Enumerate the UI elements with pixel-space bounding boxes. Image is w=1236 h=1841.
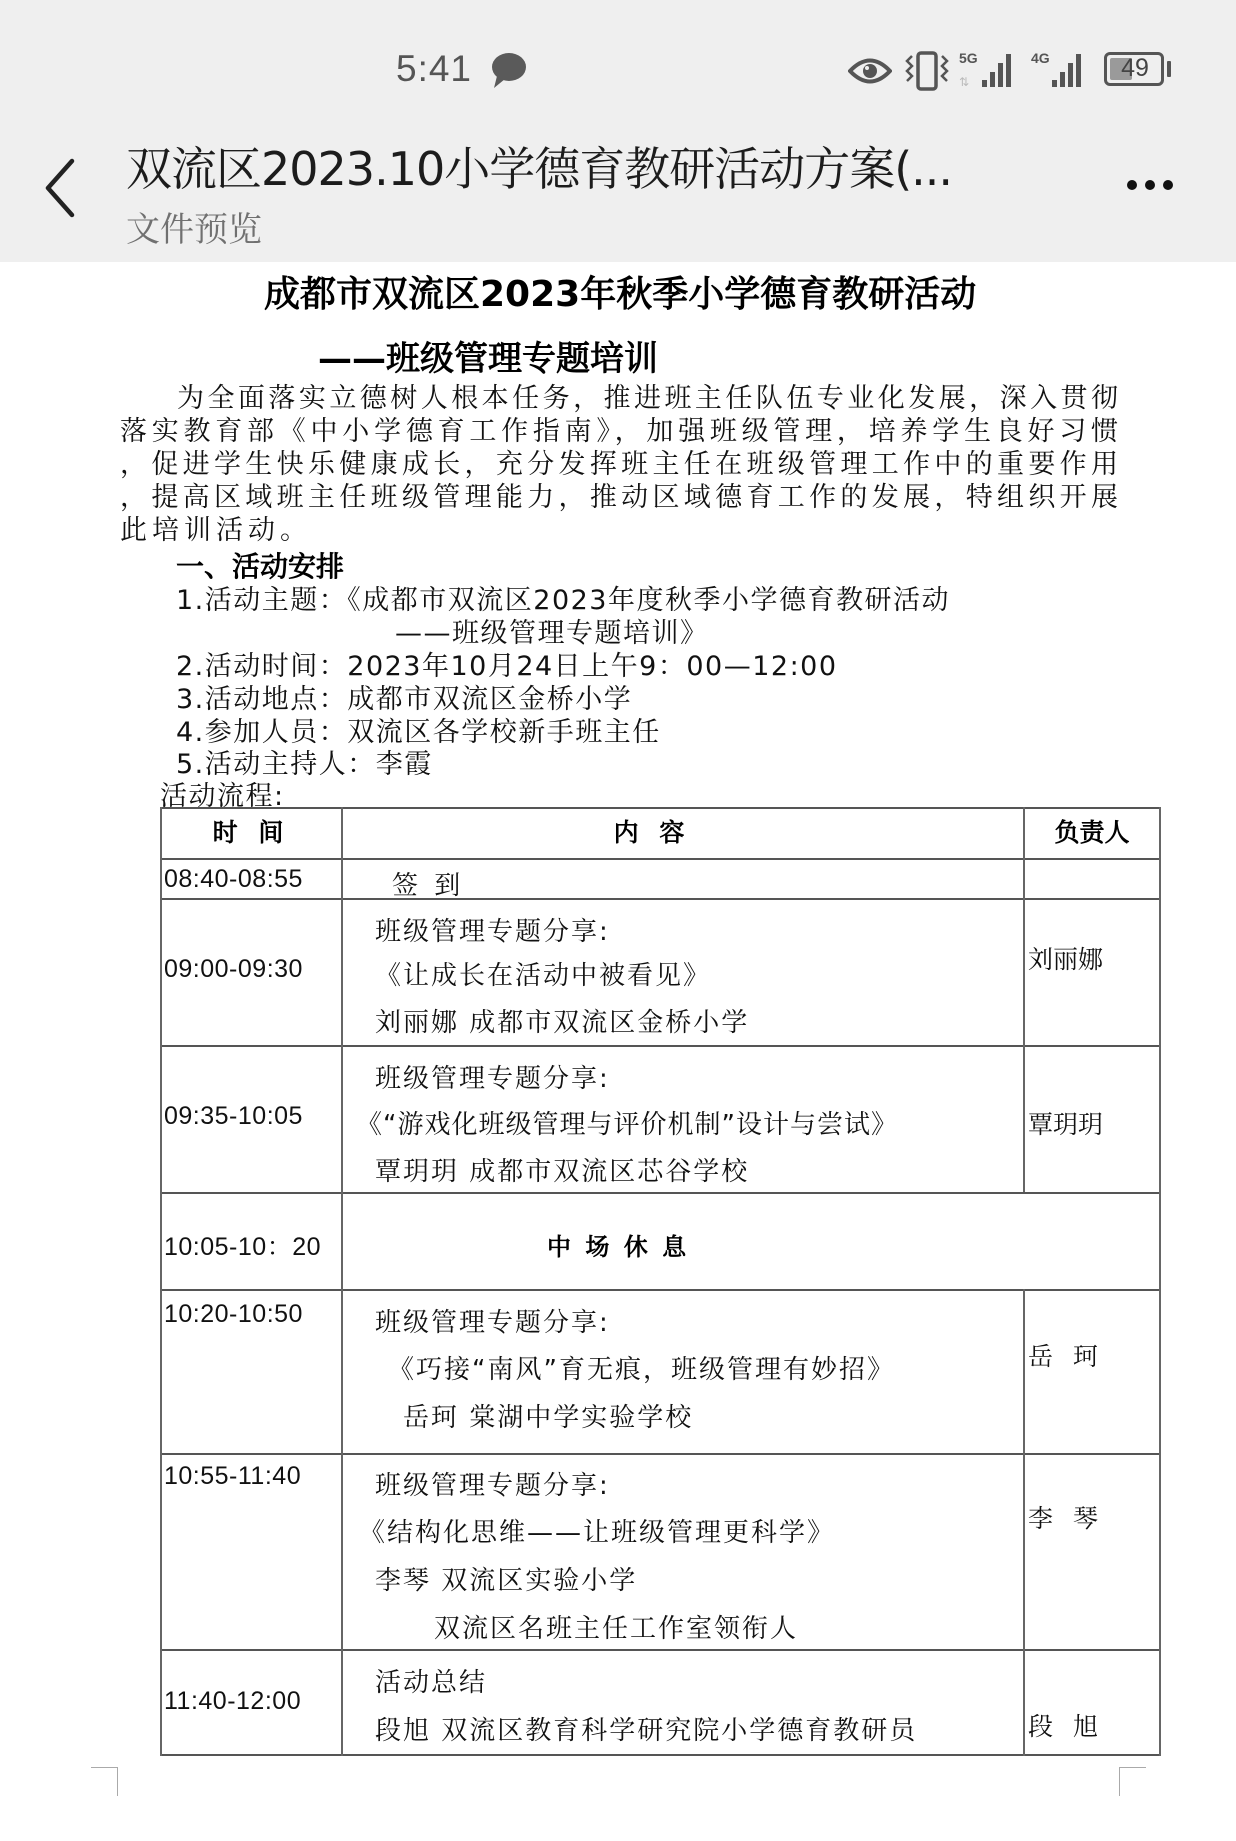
svg-text:⇅: ⇅ bbox=[959, 75, 969, 89]
row-content: 班级管理专题分享: bbox=[375, 1465, 610, 1502]
header-time: 时 间 bbox=[160, 813, 342, 849]
row-content: 《让成长在活动中被看见》 bbox=[375, 955, 711, 992]
row-content: 刘丽娜 成都市双流区金桥小学 bbox=[375, 1002, 749, 1039]
row-owner: 刘丽娜 bbox=[1028, 940, 1103, 976]
header-owner: 负责人 bbox=[1024, 813, 1160, 849]
chat-bubble-icon bbox=[488, 50, 528, 90]
more-options-button[interactable] bbox=[1120, 170, 1180, 200]
row-time: 08:40-08:55 bbox=[164, 865, 303, 894]
status-time: 5:41 bbox=[396, 48, 472, 90]
row-content: 班级管理专题分享: bbox=[375, 1302, 610, 1339]
intro-line: ，促进学生快乐健康成长，充分发挥班主任在班级管理工作中的重要作用 bbox=[120, 448, 1118, 481]
row-time: 09:35-10:05 bbox=[164, 1102, 303, 1131]
row-time: 10:05-10：20 bbox=[164, 1227, 321, 1263]
row-owner: 段 旭 bbox=[1028, 1707, 1104, 1743]
vibrate-icon bbox=[904, 50, 950, 92]
row-content: 班级管理专题分享: bbox=[375, 1058, 610, 1095]
document-title: 成都市双流区2023年秋季小学德育教研活动 bbox=[264, 266, 976, 317]
row-owner: 覃玥玥 bbox=[1028, 1105, 1103, 1141]
file-title: 双流区2023.10小学德育教研活动方案(... bbox=[126, 133, 952, 199]
intro-paragraph: 为全面落实立德树人根本任务，推进班主任队伍专业化发展，深入贯彻 落实教育部《中小… bbox=[120, 382, 1118, 547]
row-time: 11:40-12:00 bbox=[164, 1687, 301, 1716]
more-horizontal-icon bbox=[1120, 170, 1180, 200]
signal-4g-icon: 4G bbox=[1030, 48, 1092, 90]
document-subtitle: ——班级管理专题培训 bbox=[318, 331, 658, 380]
file-preview-label: 文件预览 bbox=[126, 202, 262, 251]
eye-icon bbox=[848, 56, 892, 86]
page-corner-mark-right bbox=[1119, 1767, 1146, 1796]
row-time: 10:20-10:50 bbox=[164, 1300, 303, 1329]
row-owner: 岳 珂 bbox=[1028, 1337, 1104, 1373]
app-header: 5:41 5G ⇅ 4G 49 bbox=[0, 0, 1236, 262]
intro-line: 为全面落实立德树人根本任务，推进班主任队伍专业化发展，深入贯彻 bbox=[120, 382, 1118, 415]
break-label: 中 场 休 息 bbox=[547, 1227, 689, 1262]
signal-5g-icon: 5G ⇅ bbox=[958, 48, 1022, 90]
row-content: 双流区名班主任工作室领衔人 bbox=[434, 1608, 798, 1645]
row-content: 岳珂 棠湖中学实验学校 bbox=[403, 1397, 693, 1434]
intro-line: ，提高区域班主任班级管理能力，推动区域德育工作的发展，特组织开展 bbox=[120, 481, 1118, 514]
row-content: 签 到 bbox=[392, 865, 464, 902]
row-content: 活动总结 bbox=[375, 1662, 487, 1699]
row-content: 段旭 双流区教育科学研究院小学德育教研员 bbox=[375, 1710, 917, 1747]
header-content: 内 容 bbox=[342, 813, 962, 849]
row-content: 《巧接“南风”育无痕，班级管理有妙招》 bbox=[388, 1349, 895, 1386]
battery-icon: 49 bbox=[1104, 52, 1172, 86]
back-button[interactable] bbox=[38, 155, 84, 221]
row-owner: 李 琴 bbox=[1028, 1499, 1104, 1535]
svg-text:4G: 4G bbox=[1031, 50, 1050, 66]
schedule-table: 时 间 内 容 负责人 08:40-08:55 签 到 09:00-09:30 … bbox=[160, 807, 1160, 1755]
row-time: 09:00-09:30 bbox=[164, 955, 303, 984]
page-corner-mark-left bbox=[91, 1767, 118, 1796]
chevron-left-icon bbox=[38, 155, 84, 221]
row-content: 覃玥玥 成都市双流区芯谷学校 bbox=[375, 1151, 749, 1188]
battery-level: 49 bbox=[1112, 54, 1158, 83]
svg-text:5G: 5G bbox=[959, 50, 978, 66]
row-content: 《“游戏化班级管理与评价机制”设计与尝试》 bbox=[356, 1104, 898, 1141]
row-content: 李琴 双流区实验小学 bbox=[375, 1560, 637, 1597]
row-content: 《结构化思维——让班级管理更科学》 bbox=[359, 1512, 835, 1549]
row-content: 班级管理专题分享: bbox=[375, 911, 610, 948]
row-time: 10:55-11:40 bbox=[164, 1462, 301, 1491]
intro-line: 此培训活动。 bbox=[120, 514, 1118, 547]
intro-line: 落实教育部《中小学德育工作指南》，加强班级管理，培养学生良好习惯 bbox=[120, 415, 1118, 448]
